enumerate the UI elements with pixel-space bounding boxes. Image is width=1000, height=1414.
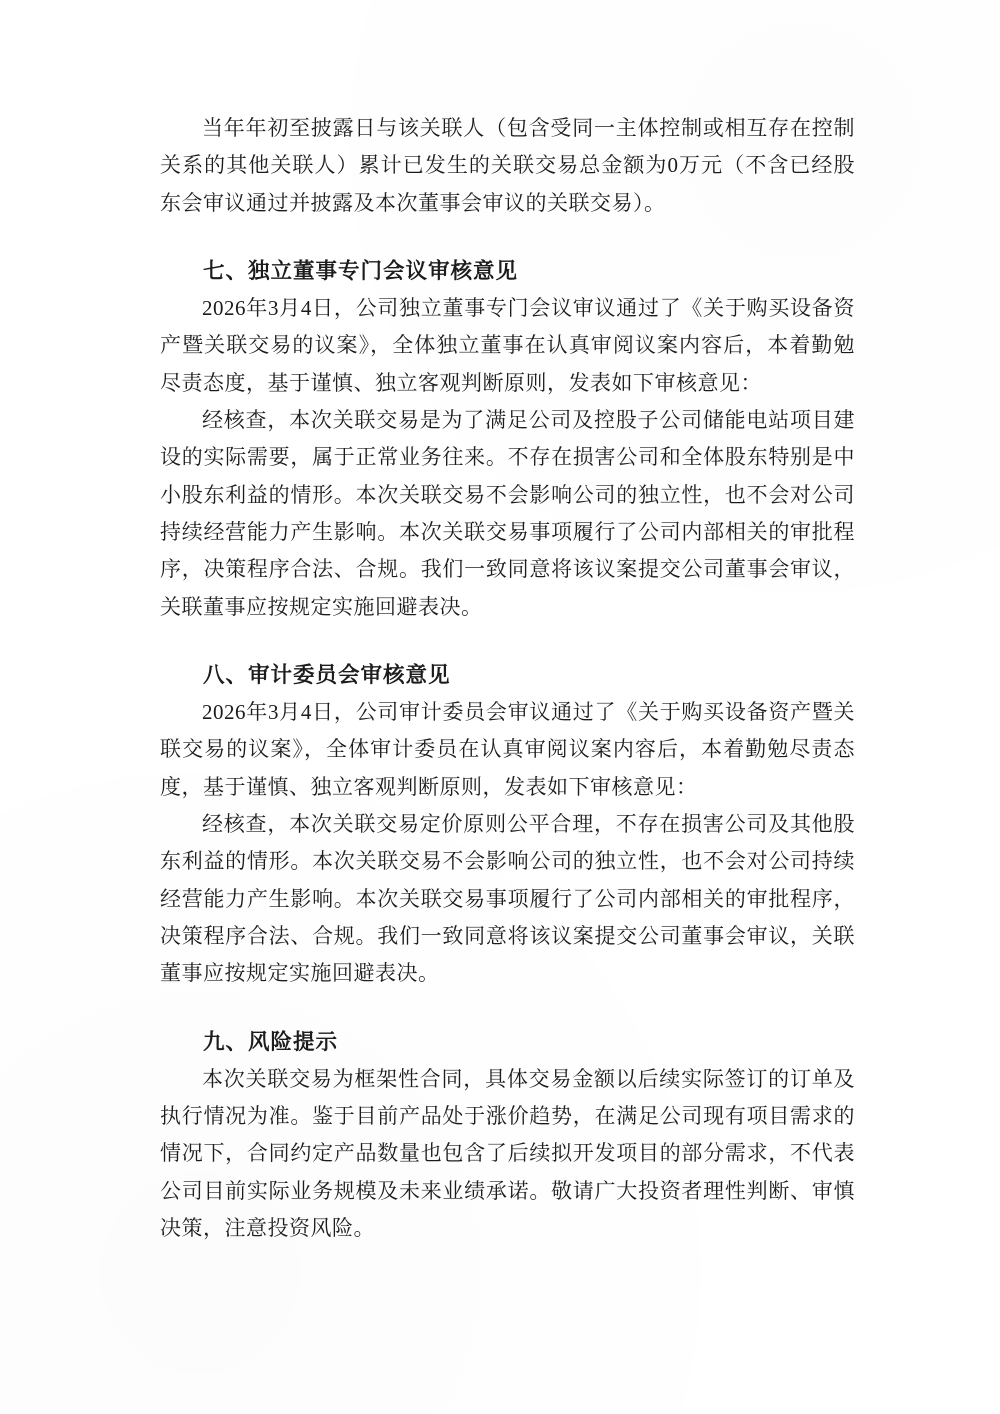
paragraph-independent-directors-meeting: 2026年3月4日，公司独立董事专门会议审议通过了《关于购买设备资产暨关联交易的… [160, 290, 855, 402]
document-page: 当年年初至披露日与该关联人（包含受同一主体控制或相互存在控制关系的其他关联人）累… [0, 0, 1000, 1414]
paragraph-independent-directors-review: 经核查，本次关联交易是为了满足公司及控股子公司储能电站项目建设的实际需要，属于正… [160, 402, 855, 626]
paragraph-risk-notice: 本次关联交易为框架性合同，具体交易金额以后续实际签订的订单及执行情况为准。鉴于目… [160, 1061, 855, 1247]
paragraph-audit-committee-review: 经核查，本次关联交易定价原则公平合理，不存在损害公司及其他股东利益的情形。本次关… [160, 806, 855, 992]
section-heading-independent-directors-opinion: 七、独立董事专门会议审核意见 [160, 253, 855, 290]
paragraph-audit-committee-meeting: 2026年3月4日，公司审计委员会审议通过了《关于购买设备资产暨关联交易的议案》… [160, 694, 855, 806]
section-heading-audit-committee-opinion: 八、审计委员会审核意见 [160, 657, 855, 694]
paragraph-related-transactions-total: 当年年初至披露日与该关联人（包含受同一主体控制或相互存在控制关系的其他关联人）累… [160, 110, 855, 222]
document-body: 当年年初至披露日与该关联人（包含受同一主体控制或相互存在控制关系的其他关联人）累… [160, 110, 855, 1247]
section-heading-risk-notice: 九、风险提示 [160, 1024, 855, 1061]
